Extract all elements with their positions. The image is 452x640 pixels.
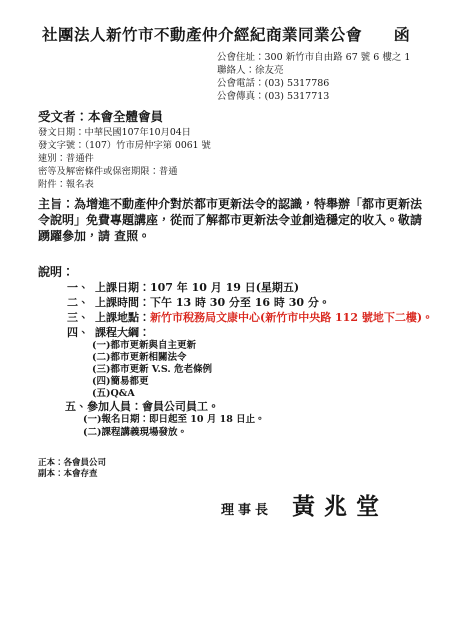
course-outline-item: (五)Q&A bbox=[92, 388, 452, 400]
course-outline-list: (一)都市更新與自主更新 (二)都市更新相關法令 (三)都市更新 V.S. 危老… bbox=[92, 340, 452, 400]
course-outline-item: (四)簡易都更 bbox=[92, 376, 452, 388]
meta-ref-number: 發文字號：（107）竹市房仲字第 0061 號 bbox=[38, 139, 452, 152]
distribution-block: 正本：各會員公司 副本：本會存查 bbox=[38, 458, 452, 480]
item-2-text: 上課時間：下午 13 時 30 分至 16 時 30 分。 bbox=[95, 295, 330, 310]
item-3-text: 上課地點：新竹市稅務局文康中心(新竹市中央路 112 號地下二樓)。 bbox=[95, 310, 433, 325]
item-3-marker: 三、 bbox=[67, 310, 95, 325]
registration-notes-list: (一)報名日期：即日起至 10 月 18 日止。 (二)課程講義現場發放。 bbox=[83, 414, 452, 439]
sender-fax: 公會傳真：(03) 5317713 bbox=[217, 90, 452, 103]
explanation-item-2: 二、 上課時間：下午 13 時 30 分至 16 時 30 分。 bbox=[67, 295, 452, 310]
item-4-text: 課程大綱： bbox=[95, 325, 150, 340]
explanation-item-1: 一、 上課日期：107 年 10 月 19 日(星期五) bbox=[67, 280, 452, 295]
signature-name: 黃兆堂 bbox=[292, 488, 388, 521]
letter-title: 社團法人新竹市不動產仲介經紀商業同業公會 函 bbox=[8, 24, 444, 45]
subject-paragraph: 主旨：為增進不動產仲介對於都市更新法令的認識，特舉辦「都市更新法令說明」免費專題… bbox=[38, 196, 422, 244]
letter-document: 社團法人新竹市不動產仲介經紀商業同業公會 函 公會住址：300 新竹市自由路 6… bbox=[0, 0, 452, 640]
meta-block: 發文日期：中華民國107年10月04日 發文字號：（107）竹市房仲字第 006… bbox=[38, 126, 452, 191]
sender-address: 公會住址：300 新竹市自由路 67 號 6 樓之 1 bbox=[217, 51, 452, 64]
item-4-marker: 四、 bbox=[67, 325, 95, 340]
course-outline-item: (一)都市更新與自主更新 bbox=[92, 340, 452, 352]
explanation-label: 說明： bbox=[38, 265, 452, 279]
course-outline-item: (二)都市更新相關法令 bbox=[92, 352, 452, 364]
signature-block: 理事長 黃兆堂 bbox=[221, 488, 452, 521]
item-1-marker: 一、 bbox=[67, 280, 95, 295]
recipient-line: 受文者：本會全體會員 bbox=[38, 109, 452, 125]
distribution-copy: 副本：本會存查 bbox=[38, 469, 452, 480]
explanation-items: 一、 上課日期：107 年 10 月 19 日(星期五) 二、 上課時間：下午 … bbox=[0, 280, 452, 439]
explanation-item-5: 五、參加人員：會員公司員工。 bbox=[65, 400, 452, 414]
meta-security-level: 密等及解密條件或保密期限：普通 bbox=[38, 165, 452, 178]
explanation-item-4: 四、 課程大綱： bbox=[67, 325, 452, 340]
registration-note: (二)課程講義現場發放。 bbox=[83, 427, 452, 440]
item-3-venue-highlight: 新竹市稅務局文康中心(新竹市中央路 112 號地下二樓)。 bbox=[150, 311, 433, 324]
explanation-item-3: 三、 上課地點：新竹市稅務局文康中心(新竹市中央路 112 號地下二樓)。 bbox=[67, 310, 452, 325]
registration-note: (一)報名日期：即日起至 10 月 18 日止。 bbox=[83, 414, 452, 427]
item-3-label: 上課地點： bbox=[95, 311, 150, 324]
meta-delivery-speed: 速別：普通件 bbox=[38, 152, 452, 165]
item-1-text: 上課日期：107 年 10 月 19 日(星期五) bbox=[95, 280, 299, 295]
sender-contact-person: 聯絡人：徐友亮 bbox=[217, 64, 452, 77]
signature-title: 理事長 bbox=[221, 499, 272, 518]
course-outline-item: (三)都市更新 V.S. 危老條例 bbox=[92, 364, 452, 376]
meta-attachment: 附件：報名表 bbox=[38, 178, 452, 191]
item-2-marker: 二、 bbox=[67, 295, 95, 310]
sender-info-block: 公會住址：300 新竹市自由路 67 號 6 樓之 1 聯絡人：徐友亮 公會電話… bbox=[217, 51, 452, 103]
meta-issue-date: 發文日期：中華民國107年10月04日 bbox=[38, 126, 452, 139]
distribution-original: 正本：各會員公司 bbox=[38, 458, 452, 469]
sender-phone: 公會電話：(03) 5317786 bbox=[217, 77, 452, 90]
